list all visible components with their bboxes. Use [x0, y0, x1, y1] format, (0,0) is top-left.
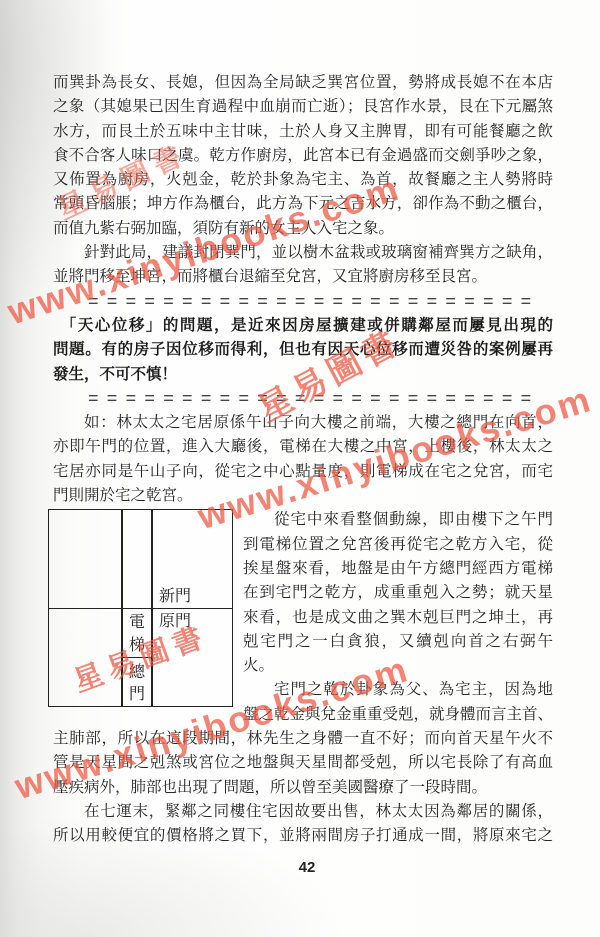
- text-line: 壓疾病外，肺部也出現了問題，所以曾至美國醫療了一段時間。: [53, 775, 553, 799]
- text-line: 水方，而艮土於五味中主甘味，土於人身又主脾胃，即有可能餐廳之飲: [53, 119, 553, 143]
- page-number: 42: [257, 859, 357, 876]
- text-line: 剋宅門之一白貪狼，又續剋向首之右弼午: [243, 629, 553, 653]
- text-line: 管是天星間之剋煞或宮位之地盤與天星間都受剋，所以宅長除了有高血: [53, 750, 553, 774]
- diagram-line: [49, 608, 232, 610]
- text-line: 常頭昏腦脹；坤方作為櫃台，此方為下元之吉水方，卻作為不動之櫃台，: [53, 191, 553, 215]
- after-diagram-paragraphs: 主肺部，所以在這段期間，林先生之身體一直不好；而向首天星午火不 管是天星間之剋煞…: [53, 726, 553, 847]
- text-line: 盤之乾金與兌金重重受剋，就身體而言主首、: [243, 702, 553, 726]
- section-divider: ========================: [53, 386, 553, 410]
- diagram-line: [121, 657, 152, 659]
- notice-paragraph: 「天心位移」的問題，是近來因房屋擴建或併購鄰屋而屢見出現的 問題。有的房子因位移…: [53, 313, 553, 386]
- elevator-label-char: 電: [129, 613, 145, 631]
- text-line: 又佈置為廚房，火剋金，乾於卦象為宅主、為首，故餐廳之主人勢將時: [53, 167, 553, 191]
- text-line: 在到宅門之乾方，成重重剋入之勢；就天星: [243, 580, 553, 604]
- figure-row: 新門 原門 電 梯 總 門 從宅中來看整個動線，即由樓下之午門 到電梯位置之兌宮…: [53, 507, 553, 726]
- text-line: 門則開於宅之乾宮。: [53, 483, 553, 507]
- text-line: 來看，也是成文曲之巽木剋巨門之坤土，再: [243, 605, 553, 629]
- case-example: 如：林太太之宅居原係午山子向大樓之前端，大樓之總門在向首， 亦即午門的位置，進入…: [53, 410, 553, 507]
- elevator-label-char: 梯: [129, 636, 145, 654]
- text-beside-diagram: 從宅中來看整個動線，即由樓下之午門 到電梯位置之兌宮後再從宅之乾方入宅，從 挨星…: [243, 507, 553, 726]
- notice-line: 發生，不可不慎！: [53, 362, 553, 386]
- text-line: 從宅中來看整個動線，即由樓下之午門: [243, 507, 553, 531]
- text-line: 食不合客人味口之虞。乾方作廚房，此宮本已有金過盛而交劍爭吵之象，: [53, 143, 553, 167]
- book-page: 而巽卦為長女、長媳，但因為全局缺乏巽宮位置，勢將成長媳不在本店 之象（其媳果已因…: [0, 0, 600, 937]
- text-line: 並將門移至坤宮，而將櫃台退縮至兌宮，又宜將廚房移至艮宮。: [53, 264, 553, 288]
- text-line: 主肺部，所以在這段期間，林先生之身體一直不好；而向首天星午火不: [53, 726, 553, 750]
- floor-plan-diagram: 新門 原門 電 梯 總 門: [48, 509, 233, 707]
- text-line: 而巽卦為長女、長媳，但因為全局缺乏巽宮位置，勢將成長媳不在本店: [53, 70, 553, 94]
- main-door-label-char: 門: [129, 685, 145, 703]
- section-divider: ========================: [53, 289, 553, 313]
- intro-paragraphs: 而巽卦為長女、長媳，但因為全局缺乏巽宮位置，勢將成長媳不在本店 之象（其媳果已因…: [53, 70, 553, 289]
- text-line: 宅門之乾於卦象為父、為宅主，因為地: [243, 677, 553, 701]
- text-line: 所以用較便宜的價格將之買下，並將兩間房子打通成一間，將原來宅之: [53, 823, 553, 847]
- text-line: 如：林太太之宅居原係午山子向大樓之前端，大樓之總門在向首，: [53, 410, 553, 434]
- notice-line: 「天心位移」的問題，是近來因房屋擴建或併購鄰屋而屢見出現的: [53, 313, 553, 337]
- text-line: 火。: [243, 653, 553, 677]
- text-line: 到電梯位置之兌宮後再從宅之乾方入宅，從: [243, 532, 553, 556]
- text-line: 挨星盤來看，地盤是由午方總門經西方電梯: [243, 556, 553, 580]
- text-line: 而值九紫右弼加臨，須防有新的女主人入宅之象。: [53, 216, 553, 240]
- text-column: 而巽卦為長女、長媳，但因為全局缺乏巽宮位置，勢將成長媳不在本店 之象（其媳果已因…: [53, 70, 553, 848]
- notice-line: 問題。有的房子因位移而得利，但也有因天心位移而遭災咎的案例屢再: [53, 337, 553, 361]
- main-door-label-char: 總: [129, 663, 145, 681]
- text-line: 針對此局，建議封閉巽門，並以樹木盆栽或玻璃窗補齊巽方之缺角，: [53, 240, 553, 264]
- text-line: 在七運末，緊鄰之同樓住宅因故要出售，林太太因為鄰居的關係，: [53, 799, 553, 823]
- original-door-label: 原門: [159, 612, 191, 630]
- text-line: 宅居亦同是午山子向，從宅之中心點量度，則電梯成在宅之兌宮，而宅: [53, 459, 553, 483]
- new-door-label: 新門: [159, 587, 191, 605]
- text-line: 之象（其媳果已因生育過程中血崩而亡逝）；艮宮作水景，艮在下元屬煞: [53, 94, 553, 118]
- text-line: 亦即午門的位置，進入大廳後，電梯在大樓之中宮，上樓後，林太太之: [53, 434, 553, 458]
